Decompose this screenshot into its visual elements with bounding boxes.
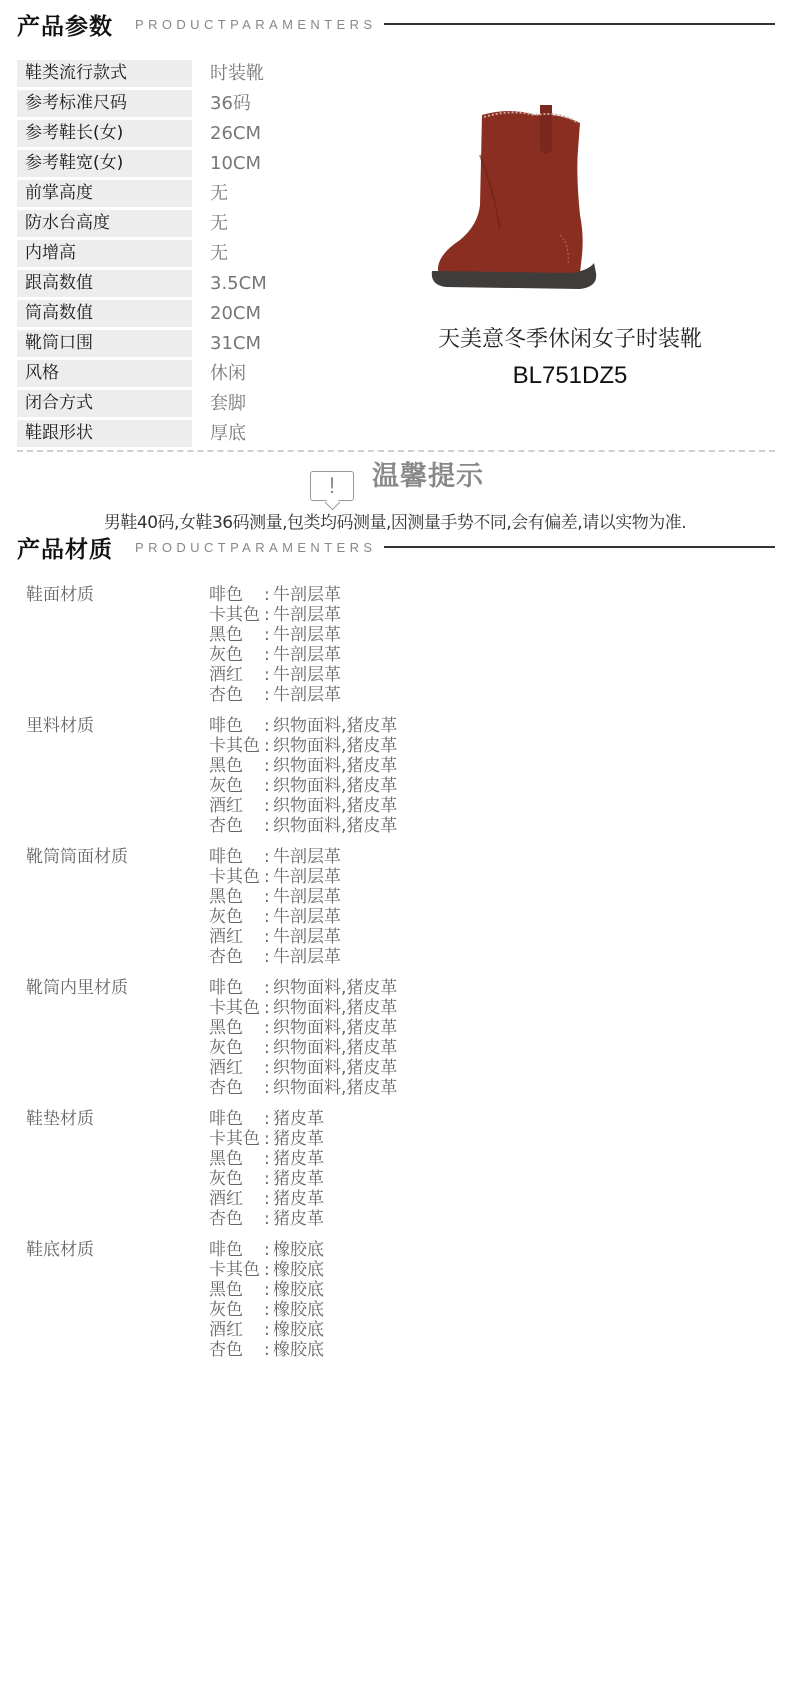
product-image	[420, 95, 600, 295]
param-row: 跟高数值3.5CM	[17, 270, 377, 297]
material-value: 猪皮革	[273, 1209, 324, 1229]
notice-title: 温馨提示	[372, 454, 484, 493]
colon-separator: :	[264, 816, 273, 836]
param-value: 26CM	[210, 120, 261, 147]
material-value: 牛剖层革	[273, 887, 341, 907]
colon-separator: :	[264, 585, 273, 605]
param-row: 风格休闲	[17, 360, 377, 387]
colon-separator: :	[264, 1018, 273, 1038]
dashed-divider	[17, 450, 775, 452]
material-value: 牛剖层革	[273, 685, 341, 705]
material-value: 橡胶底	[273, 1260, 324, 1280]
param-label: 鞋跟形状	[17, 420, 192, 447]
colon-separator: :	[264, 1078, 273, 1098]
material-line: 黑色:织物面料,猪皮革	[209, 1018, 397, 1038]
material-color-name: 黑色	[209, 887, 264, 907]
params-section-title: 产品参数	[17, 8, 113, 41]
material-color-name: 黑色	[209, 756, 264, 776]
material-line: 啡色:织物面料,猪皮革	[209, 978, 397, 998]
material-line: 灰色:猪皮革	[209, 1169, 324, 1189]
material-value: 牛剖层革	[273, 625, 341, 645]
material-value: 织物面料,猪皮革	[273, 978, 397, 998]
param-label: 靴筒口围	[17, 330, 192, 357]
material-value: 猪皮革	[273, 1129, 324, 1149]
material-color-name: 灰色	[209, 645, 264, 665]
material-value: 织物面料,猪皮革	[273, 816, 397, 836]
materials-list: 鞋面材质啡色:牛剖层革卡其色:牛剖层革黑色:牛剖层革灰色:牛剖层革酒红:牛剖层革…	[17, 585, 617, 1371]
material-value: 牛剖层革	[273, 645, 341, 665]
params-section-subtitle: PRODUCTPARAMENTERS	[135, 17, 376, 32]
material-line: 啡色:橡胶底	[209, 1240, 324, 1260]
param-row: 参考鞋宽(女)10CM	[17, 150, 377, 177]
param-label: 防水台高度	[17, 210, 192, 237]
material-label: 里料材质	[17, 716, 209, 836]
material-value: 牛剖层革	[273, 847, 341, 867]
material-value: 织物面料,猪皮革	[273, 796, 397, 816]
colon-separator: :	[264, 887, 273, 907]
material-value: 牛剖层革	[273, 867, 341, 887]
colon-separator: :	[264, 998, 273, 1018]
material-color-name: 卡其色	[209, 1129, 264, 1149]
colon-separator: :	[264, 796, 273, 816]
colon-separator: :	[264, 947, 273, 967]
colon-separator: :	[264, 1129, 273, 1149]
material-lines: 啡色:织物面料,猪皮革卡其色:织物面料,猪皮革黑色:织物面料,猪皮革灰色:织物面…	[209, 978, 397, 1098]
material-line: 黑色:牛剖层革	[209, 887, 341, 907]
material-color-name: 杏色	[209, 1078, 264, 1098]
material-line: 杏色:织物面料,猪皮革	[209, 816, 397, 836]
material-line: 黑色:牛剖层革	[209, 625, 341, 645]
param-label: 内增高	[17, 240, 192, 267]
material-label: 鞋底材质	[17, 1240, 209, 1360]
material-line: 黑色:橡胶底	[209, 1280, 324, 1300]
colon-separator: :	[264, 1189, 273, 1209]
material-color-name: 卡其色	[209, 998, 264, 1018]
material-color-name: 黑色	[209, 1018, 264, 1038]
material-value: 织物面料,猪皮革	[273, 716, 397, 736]
material-label: 靴筒筒面材质	[17, 847, 209, 967]
material-line: 酒红:橡胶底	[209, 1320, 324, 1340]
colon-separator: :	[264, 1149, 273, 1169]
colon-separator: :	[264, 847, 273, 867]
material-value: 织物面料,猪皮革	[273, 1058, 397, 1078]
material-value: 织物面料,猪皮革	[273, 1078, 397, 1098]
material-line: 灰色:织物面料,猪皮革	[209, 776, 397, 796]
material-color-name: 酒红	[209, 1189, 264, 1209]
colon-separator: :	[264, 1240, 273, 1260]
colon-separator: :	[264, 927, 273, 947]
material-color-name: 黑色	[209, 1149, 264, 1169]
material-color-name: 灰色	[209, 776, 264, 796]
material-line: 卡其色:橡胶底	[209, 1260, 324, 1280]
param-value: 31CM	[210, 330, 261, 357]
material-color-name: 啡色	[209, 847, 264, 867]
material-line: 灰色:织物面料,猪皮革	[209, 1038, 397, 1058]
material-value: 橡胶底	[273, 1280, 324, 1300]
material-line: 酒红:牛剖层革	[209, 665, 341, 685]
param-value: 无	[210, 210, 228, 237]
material-value: 猪皮革	[273, 1189, 324, 1209]
param-value: 无	[210, 180, 228, 207]
material-line: 杏色:猪皮革	[209, 1209, 324, 1229]
material-value: 猪皮革	[273, 1169, 324, 1189]
material-value: 牛剖层革	[273, 605, 341, 625]
material-color-name: 啡色	[209, 1109, 264, 1129]
material-line: 卡其色:牛剖层革	[209, 605, 341, 625]
material-color-name: 啡色	[209, 978, 264, 998]
material-value: 织物面料,猪皮革	[273, 1038, 397, 1058]
colon-separator: :	[264, 716, 273, 736]
material-line: 卡其色:织物面料,猪皮革	[209, 736, 397, 756]
material-value: 织物面料,猪皮革	[273, 736, 397, 756]
params-table: 鞋类流行款式时装靴参考标准尺码36码参考鞋长(女)26CM参考鞋宽(女)10CM…	[17, 60, 377, 450]
exclamation-speech-bubble-icon: !	[310, 471, 354, 501]
material-color-name: 灰色	[209, 1300, 264, 1320]
material-line: 卡其色:织物面料,猪皮革	[209, 998, 397, 1018]
material-color-name: 杏色	[209, 1340, 264, 1360]
material-line: 酒红:织物面料,猪皮革	[209, 1058, 397, 1078]
material-color-name: 灰色	[209, 1169, 264, 1189]
param-value: 休闲	[210, 360, 246, 387]
param-label: 参考标准尺码	[17, 90, 192, 117]
material-color-name: 黑色	[209, 625, 264, 645]
material-line: 酒红:织物面料,猪皮革	[209, 796, 397, 816]
material-value: 织物面料,猪皮革	[273, 756, 397, 776]
material-color-name: 杏色	[209, 1209, 264, 1229]
material-color-name: 卡其色	[209, 605, 264, 625]
material-color-name: 酒红	[209, 796, 264, 816]
material-lines: 啡色:牛剖层革卡其色:牛剖层革黑色:牛剖层革灰色:牛剖层革酒红:牛剖层革杏色:牛…	[209, 847, 341, 967]
colon-separator: :	[264, 867, 273, 887]
material-line: 灰色:牛剖层革	[209, 907, 341, 927]
material-group: 靴筒筒面材质啡色:牛剖层革卡其色:牛剖层革黑色:牛剖层革灰色:牛剖层革酒红:牛剖…	[17, 847, 617, 967]
material-color-name: 卡其色	[209, 736, 264, 756]
colon-separator: :	[264, 978, 273, 998]
material-value: 织物面料,猪皮革	[273, 776, 397, 796]
material-color-name: 啡色	[209, 716, 264, 736]
material-value: 橡胶底	[273, 1340, 324, 1360]
param-label: 前掌高度	[17, 180, 192, 207]
boot-image-icon	[420, 95, 600, 295]
material-color-name: 啡色	[209, 585, 264, 605]
materials-section-header: 产品材质 PRODUCTPARAMENTERS	[17, 527, 775, 567]
material-line: 啡色:织物面料,猪皮革	[209, 716, 397, 736]
material-line: 灰色:橡胶底	[209, 1300, 324, 1320]
material-group: 鞋底材质啡色:橡胶底卡其色:橡胶底黑色:橡胶底灰色:橡胶底酒红:橡胶底杏色:橡胶…	[17, 1240, 617, 1360]
param-row: 参考鞋长(女)26CM	[17, 120, 377, 147]
material-value: 织物面料,猪皮革	[273, 998, 397, 1018]
param-value: 36码	[210, 90, 251, 117]
material-color-name: 酒红	[209, 927, 264, 947]
colon-separator: :	[264, 665, 273, 685]
colon-separator: :	[264, 1109, 273, 1129]
param-label: 风格	[17, 360, 192, 387]
material-label: 鞋垫材质	[17, 1109, 209, 1229]
material-label: 靴筒内里材质	[17, 978, 209, 1098]
colon-separator: :	[264, 1280, 273, 1300]
material-color-name: 卡其色	[209, 867, 264, 887]
colon-separator: :	[264, 1038, 273, 1058]
material-group: 里料材质啡色:织物面料,猪皮革卡其色:织物面料,猪皮革黑色:织物面料,猪皮革灰色…	[17, 716, 617, 836]
param-row: 靴筒口围31CM	[17, 330, 377, 357]
colon-separator: :	[264, 605, 273, 625]
material-value: 橡胶底	[273, 1320, 324, 1340]
param-label: 参考鞋宽(女)	[17, 150, 192, 177]
material-color-name: 杏色	[209, 816, 264, 836]
colon-separator: :	[264, 1340, 273, 1360]
material-label: 鞋面材质	[17, 585, 209, 705]
material-value: 猪皮革	[273, 1149, 324, 1169]
colon-separator: :	[264, 1260, 273, 1280]
param-label: 参考鞋长(女)	[17, 120, 192, 147]
material-value: 牛剖层革	[273, 927, 341, 947]
colon-separator: :	[264, 1209, 273, 1229]
colon-separator: :	[264, 625, 273, 645]
material-line: 卡其色:牛剖层革	[209, 867, 341, 887]
param-value: 3.5CM	[210, 270, 267, 297]
material-color-name: 卡其色	[209, 1260, 264, 1280]
material-lines: 啡色:猪皮革卡其色:猪皮革黑色:猪皮革灰色:猪皮革酒红:猪皮革杏色:猪皮革	[209, 1109, 324, 1229]
param-value: 厚底	[210, 420, 246, 447]
material-color-name: 杏色	[209, 685, 264, 705]
material-value: 橡胶底	[273, 1240, 324, 1260]
materials-section-subtitle: PRODUCTPARAMENTERS	[135, 540, 376, 555]
colon-separator: :	[264, 1300, 273, 1320]
material-value: 猪皮革	[273, 1109, 324, 1129]
material-line: 啡色:猪皮革	[209, 1109, 324, 1129]
param-value: 无	[210, 240, 228, 267]
material-line: 黑色:猪皮革	[209, 1149, 324, 1169]
material-line: 啡色:牛剖层革	[209, 585, 341, 605]
material-group: 鞋垫材质啡色:猪皮革卡其色:猪皮革黑色:猪皮革灰色:猪皮革酒红:猪皮革杏色:猪皮…	[17, 1109, 617, 1229]
material-color-name: 酒红	[209, 1320, 264, 1340]
material-line: 杏色:牛剖层革	[209, 947, 341, 967]
material-line: 黑色:织物面料,猪皮革	[209, 756, 397, 776]
material-line: 啡色:牛剖层革	[209, 847, 341, 867]
material-value: 牛剖层革	[273, 907, 341, 927]
material-value: 牛剖层革	[273, 585, 341, 605]
materials-section-title: 产品材质	[17, 531, 113, 564]
param-row: 防水台高度无	[17, 210, 377, 237]
param-value: 10CM	[210, 150, 261, 177]
material-line: 灰色:牛剖层革	[209, 645, 341, 665]
colon-separator: :	[264, 1169, 273, 1189]
param-row: 参考标准尺码36码	[17, 90, 377, 117]
material-line: 杏色:织物面料,猪皮革	[209, 1078, 397, 1098]
material-line: 酒红:牛剖层革	[209, 927, 341, 947]
colon-separator: :	[264, 1058, 273, 1078]
material-value: 牛剖层革	[273, 665, 341, 685]
param-label: 鞋类流行款式	[17, 60, 192, 87]
material-value: 牛剖层革	[273, 947, 341, 967]
colon-separator: :	[264, 756, 273, 776]
param-row: 前掌高度无	[17, 180, 377, 207]
param-row: 内增高无	[17, 240, 377, 267]
param-label: 筒高数值	[17, 300, 192, 327]
product-code: BL751DZ5	[380, 362, 760, 390]
material-color-name: 酒红	[209, 1058, 264, 1078]
material-lines: 啡色:织物面料,猪皮革卡其色:织物面料,猪皮革黑色:织物面料,猪皮革灰色:织物面…	[209, 716, 397, 836]
material-value: 橡胶底	[273, 1300, 324, 1320]
material-line: 杏色:橡胶底	[209, 1340, 324, 1360]
section-divider-line	[384, 546, 775, 548]
colon-separator: :	[264, 645, 273, 665]
colon-separator: :	[264, 685, 273, 705]
param-row: 筒高数值20CM	[17, 300, 377, 327]
material-color-name: 灰色	[209, 907, 264, 927]
param-label: 跟高数值	[17, 270, 192, 297]
material-lines: 啡色:牛剖层革卡其色:牛剖层革黑色:牛剖层革灰色:牛剖层革酒红:牛剖层革杏色:牛…	[209, 585, 341, 705]
params-section-header: 产品参数 PRODUCTPARAMENTERS	[17, 4, 775, 44]
material-color-name: 黑色	[209, 1280, 264, 1300]
param-row: 鞋类流行款式时装靴	[17, 60, 377, 87]
material-color-name: 啡色	[209, 1240, 264, 1260]
colon-separator: :	[264, 736, 273, 756]
material-line: 酒红:猪皮革	[209, 1189, 324, 1209]
product-name: 天美意冬季休闲女子时装靴	[380, 322, 760, 353]
param-value: 20CM	[210, 300, 261, 327]
param-value: 套脚	[210, 390, 246, 417]
material-color-name: 灰色	[209, 1038, 264, 1058]
param-row: 闭合方式套脚	[17, 390, 377, 417]
material-lines: 啡色:橡胶底卡其色:橡胶底黑色:橡胶底灰色:橡胶底酒红:橡胶底杏色:橡胶底	[209, 1240, 324, 1360]
material-value: 织物面料,猪皮革	[273, 1018, 397, 1038]
param-value: 时装靴	[210, 60, 264, 87]
param-row: 鞋跟形状厚底	[17, 420, 377, 447]
material-line: 卡其色:猪皮革	[209, 1129, 324, 1149]
param-label: 闭合方式	[17, 390, 192, 417]
material-color-name: 杏色	[209, 947, 264, 967]
colon-separator: :	[264, 907, 273, 927]
section-divider-line	[384, 23, 775, 25]
colon-separator: :	[264, 1320, 273, 1340]
material-line: 杏色:牛剖层革	[209, 685, 341, 705]
material-color-name: 酒红	[209, 665, 264, 685]
colon-separator: :	[264, 776, 273, 796]
material-group: 鞋面材质啡色:牛剖层革卡其色:牛剖层革黑色:牛剖层革灰色:牛剖层革酒红:牛剖层革…	[17, 585, 617, 705]
material-group: 靴筒内里材质啡色:织物面料,猪皮革卡其色:织物面料,猪皮革黑色:织物面料,猪皮革…	[17, 978, 617, 1098]
